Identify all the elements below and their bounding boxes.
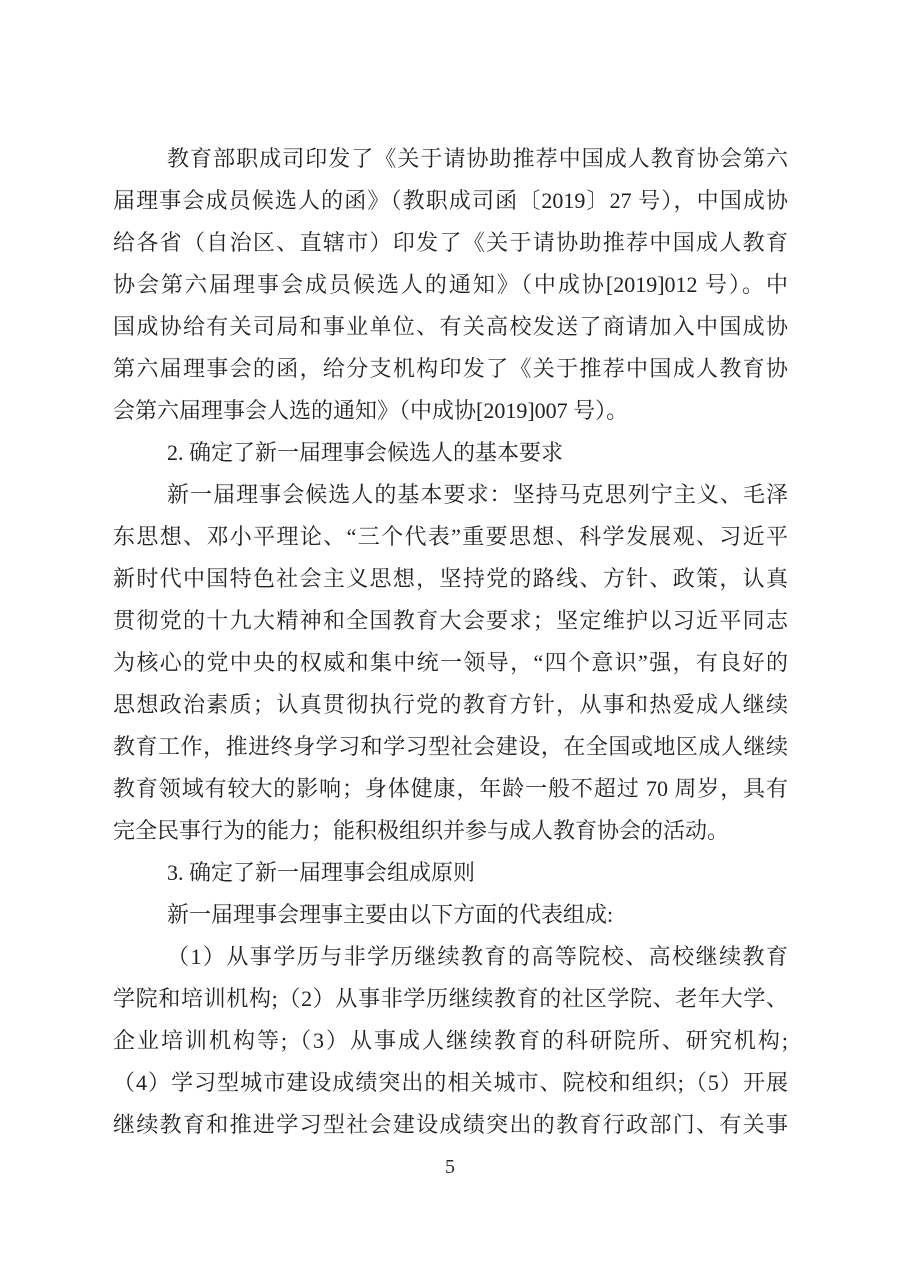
text-block: 教育部职成司印发了《关于请协助推荐中国成人教育协会第六 届理事会成员候选人的函》… <box>113 138 788 1146</box>
text-line: 企业培训机构等;（3）从事成人继续教育的科研院所、研究机构; <box>113 1020 788 1062</box>
document-page: 教育部职成司印发了《关于请协助推荐中国成人教育协会第六 届理事会成员候选人的函》… <box>0 0 900 1273</box>
text-line: 新一届理事会理事主要由以下方面的代表组成: <box>113 894 788 936</box>
text-line: 教育工作，推进终身学习和学习型社会建设，在全国或地区成人继续 <box>113 726 788 768</box>
text-line: 给各省（自治区、直辖市）印发了《关于请协助推荐中国成人教育 <box>113 222 788 264</box>
text-line: 届理事会成员候选人的函》（教职成司函〔2019〕27 号），中国成协 <box>113 180 788 222</box>
text-line: 思想政治素质；认真贯彻执行党的教育方针，从事和热爱成人继续 <box>113 684 788 726</box>
text-line: 完全民事行为的能力；能积极组织并参与成人教育协会的活动。 <box>113 810 788 852</box>
text-line: 会第六届理事会人选的通知》（中成协[2019]007 号）。 <box>113 390 788 432</box>
text-line: 学院和培训机构;（2）从事非学历继续教育的社区学院、老年大学、 <box>113 978 788 1020</box>
page-number: 5 <box>0 1152 900 1182</box>
text-line: 协会第六届理事会成员候选人的通知》（中成协[2019]012 号）。中 <box>113 264 788 306</box>
text-line: 教育部职成司印发了《关于请协助推荐中国成人教育协会第六 <box>113 138 788 180</box>
text-line: 新一届理事会候选人的基本要求：坚持马克思列宁主义、毛泽 <box>113 474 788 516</box>
section-heading: 2. 确定了新一届理事会候选人的基本要求 <box>113 432 788 474</box>
text-line: 教育领域有较大的影响；身体健康，年龄一般不超过 70 周岁，具有 <box>113 768 788 810</box>
text-line: （4）学习型城市建设成绩突出的相关城市、院校和组织;（5）开展 <box>113 1062 788 1104</box>
text-line: 为核心的党中央的权威和集中统一领导，“四个意识”强，有良好的 <box>113 642 788 684</box>
text-line: 新时代中国特色社会主义思想，坚持党的路线、方针、政策，认真 <box>113 558 788 600</box>
section-heading: 3. 确定了新一届理事会组成原则 <box>113 852 788 894</box>
text-line: 贯彻党的十九大精神和全国教育大会要求；坚定维护以习近平同志 <box>113 600 788 642</box>
text-line: 继续教育和推进学习型社会建设成绩突出的教育行政部门、有关事 <box>113 1104 788 1146</box>
text-line: 第六届理事会的函，给分支机构印发了《关于推荐中国成人教育协 <box>113 348 788 390</box>
text-line: 国成协给有关司局和事业单位、有关高校发送了商请加入中国成协 <box>113 306 788 348</box>
text-line: （1）从事学历与非学历继续教育的高等院校、高校继续教育 <box>113 936 788 978</box>
text-line: 东思想、邓小平理论、“三个代表”重要思想、科学发展观、习近平 <box>113 516 788 558</box>
